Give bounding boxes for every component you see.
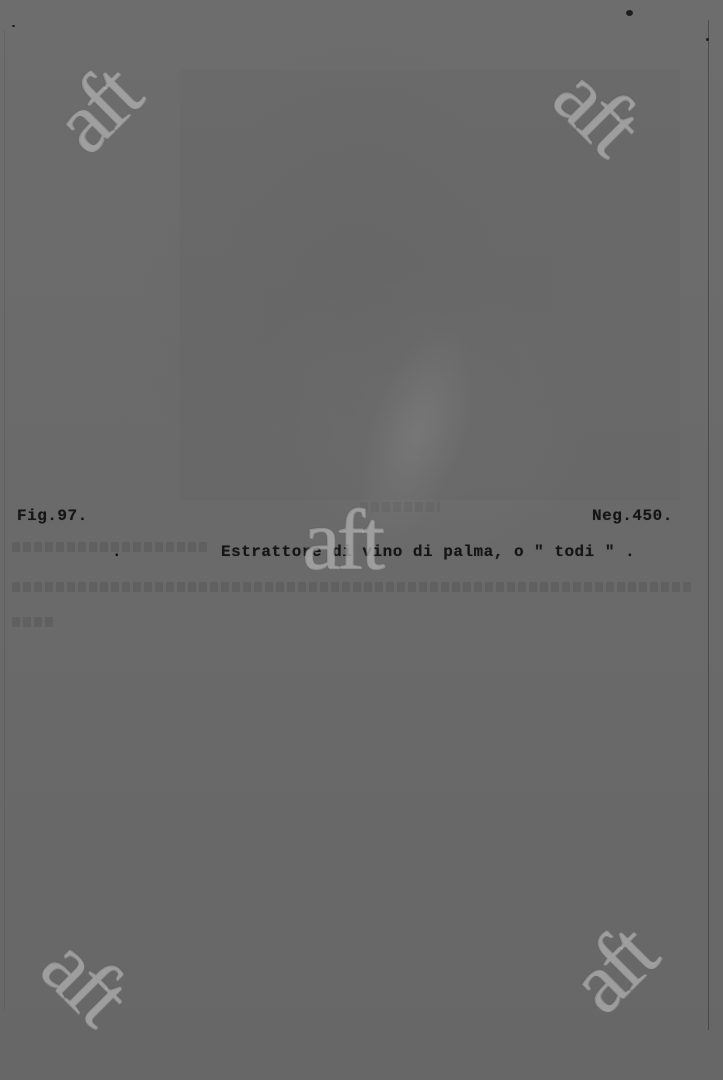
watermark-bottom-right: aft	[553, 911, 669, 1027]
ink-speck	[706, 38, 709, 41]
caption-prefix: .	[112, 543, 122, 561]
negative-number: Neg.450.	[592, 507, 673, 525]
watermark-center: aft	[302, 496, 381, 582]
bleed-through-line	[12, 617, 54, 627]
bleed-through-line	[12, 542, 208, 552]
ink-speck	[12, 25, 15, 27]
figure-number: Fig.97.	[17, 507, 88, 525]
page-edge-right	[708, 20, 709, 1030]
page-edge-left	[4, 30, 5, 1010]
scanned-page: Fig.97. Neg.450. . Estrattore di vino di…	[0, 0, 723, 1080]
figure-caption: Estrattore di vino di palma, o " todi " …	[221, 543, 635, 561]
watermark-bottom-left: aft	[27, 921, 143, 1037]
watermark-top-left: aft	[37, 51, 153, 167]
ink-speck	[626, 10, 633, 16]
